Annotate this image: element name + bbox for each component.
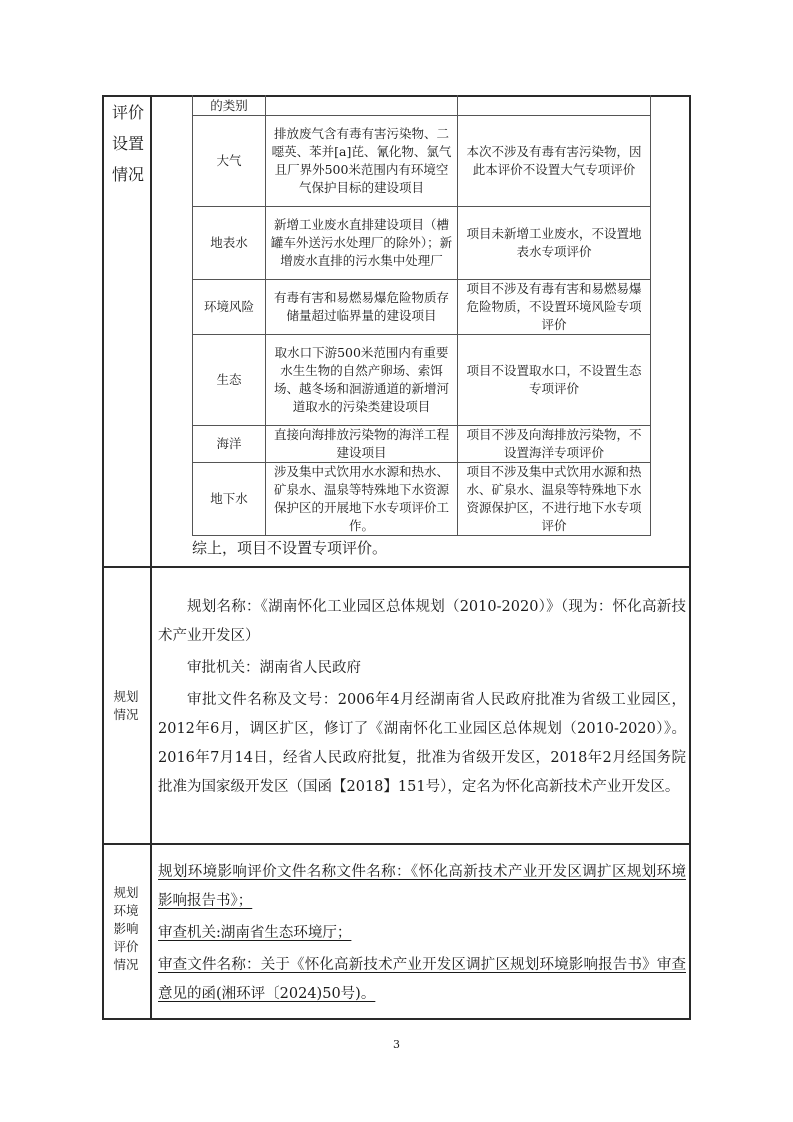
planning-eia-content: 规划环境影响评价文件名称文件名称：《怀化高新技术产业开发区调扩区规划环境影响报告…	[158, 858, 686, 1009]
eia-review-authority: 审查机关:湖南省生态环境厅；	[158, 919, 686, 948]
conclusion-cell: 项目不涉及向海排放污染物，不设置海洋专项评价	[458, 426, 650, 462]
category-cell: 环境风险	[193, 280, 265, 334]
outer-border-bottom	[102, 1018, 691, 1020]
inner-border-right	[650, 95, 651, 536]
header-cell-conclusion	[458, 97, 650, 115]
planning-name: 规划名称：《湖南怀化工业园区总体规划（2010-2020）》（现为：怀化高新技术…	[158, 593, 686, 651]
category-cell: 大气	[193, 116, 265, 206]
criteria-cell: 涉及集中式饮用水水源和热水、矿泉水、温泉等特殊地下水资源保护区的开展地下水专项评…	[266, 463, 457, 535]
outer-border-right	[689, 95, 691, 1020]
category-cell: 地表水	[193, 207, 265, 279]
category-cell: 生态	[193, 335, 265, 425]
conclusion-cell: 项目不涉及集中式饮用水源和热水、矿泉水、温泉等特殊地下水资源保护区，不进行地下水…	[458, 463, 650, 535]
label-line: 评价	[104, 97, 152, 128]
criteria-cell: 排放废气含有毒有害污染物、二噁英、苯并[a]芘、氰化物、氯气且厂界外500米范围…	[266, 116, 457, 206]
outer-border-left	[102, 95, 104, 1020]
criteria-cell: 新增工业废水直排建设项目（槽罐车外送污水处理厂的除外）；新增废水直排的污水集中处…	[266, 207, 457, 279]
criteria-cell: 取水口下游500米范围内有重要水生生物的自然产卵场、索饵场、越冬场和洄游通道的新…	[266, 335, 457, 425]
label-line: 设置	[104, 128, 152, 159]
category-cell: 海洋	[193, 426, 265, 462]
summary-text: 综上，项目不设置专项评价。	[192, 537, 387, 559]
row-divider-planning	[102, 566, 691, 568]
row-divider-planning-eia	[102, 843, 691, 845]
conclusion-cell: 项目不涉及有毒有害和易燃易爆危险物质，不设置环境风险专项评价	[458, 280, 650, 334]
label-text: 规划情况	[113, 688, 139, 724]
label-line: 情况	[104, 159, 152, 190]
eia-file-name: 规划环境影响评价文件名称文件名称：《怀化高新技术产业开发区调扩区规划环境影响报告…	[158, 858, 686, 916]
criteria-cell: 有毒有害和易燃易爆危险物质存储量超过临界量的建设项目	[266, 280, 457, 334]
conclusion-cell: 项目不设置取水口，不设置生态专项评价	[458, 335, 650, 425]
conclusion-cell: 本次不涉及有毒有害污染物，因此本评价不设置大气专项评价	[458, 116, 650, 206]
eia-review-document: 审查文件名称：关于《怀化高新技术产业开发区调扩区规划环境影响报告书》审查意见的函…	[158, 951, 686, 1009]
page-number: 3	[0, 1038, 793, 1051]
planning-approval: 审批文件名称及文号：2006年4月经湖南省人民政府批准为省级工业园区，2012年…	[158, 686, 686, 802]
criteria-cell: 直接向海排放污染物的海洋工程建设项目	[266, 426, 457, 462]
conclusion-cell: 项目未新增工业废水，不设置地表水专项评价	[458, 207, 650, 279]
header-cell-category: 的类别	[193, 97, 265, 115]
label-text: 规划环境影响评价情况	[113, 884, 139, 974]
label-column-divider	[150, 95, 152, 1020]
planning-content: 规划名称：《湖南怀化工业园区总体规划（2010-2020）》（现为：怀化高新技术…	[158, 593, 686, 802]
section-label-planning: 规划情况	[103, 688, 149, 724]
planning-authority: 审批机关：湖南省人民政府	[158, 654, 686, 683]
section-label-planning-eia: 规划环境影响评价情况	[103, 884, 149, 974]
header-cell-criteria	[266, 97, 457, 115]
section-label-evaluation: 评价 设置 情况	[104, 97, 152, 190]
category-cell: 地下水	[193, 463, 265, 535]
